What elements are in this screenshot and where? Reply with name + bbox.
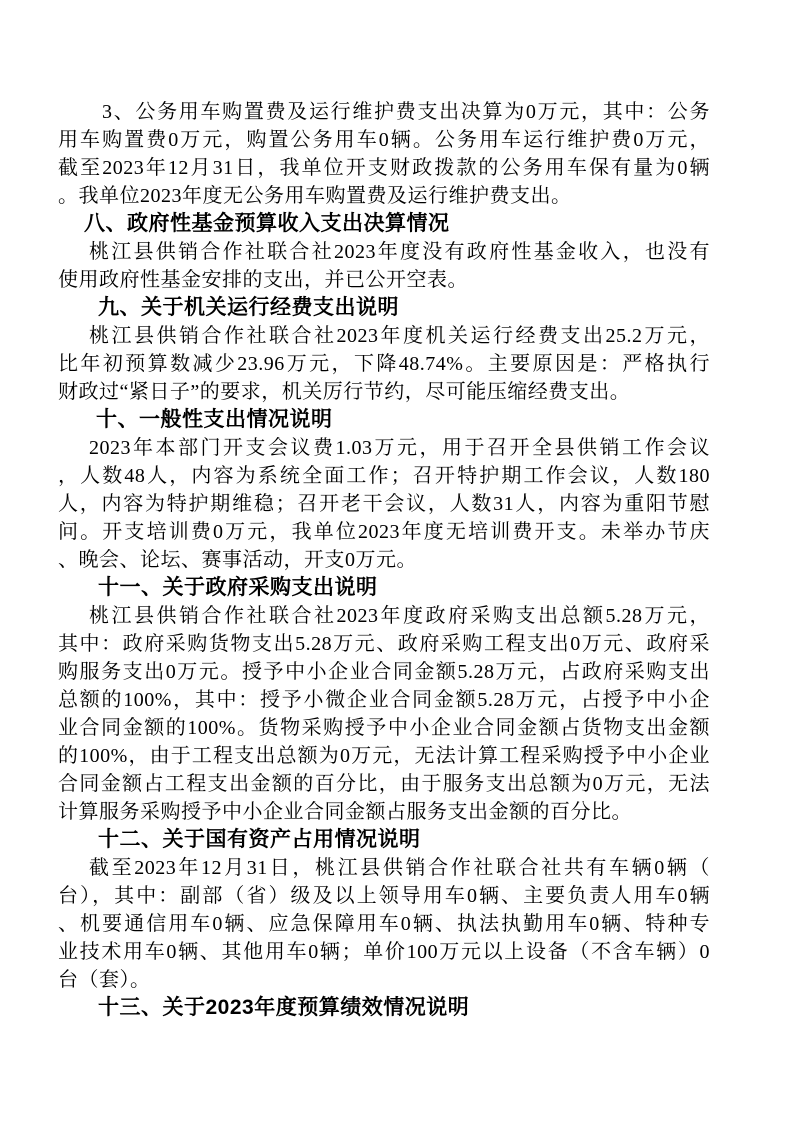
text-line: 购服务支出0万元。授予中小企业合同金额5.28万元，占政府采购支出 [58, 658, 710, 686]
text-line: 业技术用车0辆、其他用车0辆；单价100万元以上设备（不含车辆）0 [58, 938, 710, 966]
text-line: ，人数48人，内容为系统全面工作；召开特护期工作会议，人数180 [58, 462, 710, 490]
text-line: 人，内容为特护期维稳；召开老干会议，人数31人，内容为重阳节慰 [58, 490, 710, 518]
text-line: 财政过“紧日子”的要求，机关厉行节约，尽可能压缩经费支出。 [58, 378, 710, 406]
text-line: 。我单位2023年度无公务用车购置费及运行维护费支出。 [58, 182, 710, 210]
text-line: 问。开支培训费0万元，我单位2023年度无培训费开支。未举办节庆 [58, 518, 710, 546]
section-heading-12: 十二、关于国有资产占用情况说明 [58, 826, 710, 854]
section-heading-10: 十、一般性支出情况说明 [58, 406, 710, 434]
text-line: 、晚会、论坛、赛事活动，开支0万元。 [58, 546, 710, 574]
text-line: 3、公务用车购置费及运行维护费支出决算为0万元，其中：公务 [58, 98, 710, 126]
section-heading-11: 十一、关于政府采购支出说明 [58, 574, 710, 602]
text-line: 总额的100%，其中：授予小微企业合同金额5.28万元，占授予中小企 [58, 686, 710, 714]
text-line: 业合同金额的100%。货物采购授予中小企业合同金额占货物支出金额 [58, 714, 710, 742]
text-line: 桃江县供销合作社联合社2023年度政府采购支出总额5.28万元， [58, 602, 710, 630]
text-line: 合同金额占工程支出金额的百分比，由于服务支出总额为0万元，无法 [58, 770, 710, 798]
text-line: 台），其中：副部（省）级及以上领导用车0辆、主要负责人用车0辆 [58, 882, 710, 910]
text-line: 计算服务采购授予中小企业合同金额占服务支出金额的百分比。 [58, 798, 710, 826]
paragraph-procurement: 桃江县供销合作社联合社2023年度政府采购支出总额5.28万元， 其中：政府采购… [58, 602, 710, 826]
text-line: 、机要通信用车0辆、应急保障用车0辆、执法执勤用车0辆、特种专 [58, 910, 710, 938]
text-line: 台（套）。 [58, 966, 710, 994]
paragraph-general-expense: 2023年本部门开支会议费1.03万元，用于召开全县供销工作会议 ，人数48人，… [58, 434, 710, 574]
paragraph-state-assets: 截至2023年12月31日，桃江县供销合作社联合社共有车辆0辆（ 台），其中：副… [58, 854, 710, 994]
paragraph-operating-expense: 桃江县供销合作社联合社2023年度机关运行经费支出25.2万元， 比年初预算数减… [58, 322, 710, 406]
paragraph-vehicle-expense: 3、公务用车购置费及运行维护费支出决算为0万元，其中：公务 用车购置费0万元，购… [58, 98, 710, 210]
paragraph-government-fund: 桃江县供销合作社联合社2023年度没有政府性基金收入，也没有 使用政府性基金安排… [58, 238, 710, 294]
text-line: 其中：政府采购货物支出5.28万元、政府采购工程支出0万元、政府采 [58, 630, 710, 658]
section-heading-8: 八、政府性基金预算收入支出决算情况 [58, 210, 710, 238]
text-line: 用车购置费0万元，购置公务用车0辆。公务用车运行维护费0万元， [58, 126, 710, 154]
document-body: 3、公务用车购置费及运行维护费支出决算为0万元，其中：公务 用车购置费0万元，购… [58, 98, 710, 1022]
document-page: { "page": { "background": "#ffffff", "te… [0, 0, 793, 1122]
section-heading-13: 十三、关于2023年度预算绩效情况说明 [58, 994, 710, 1022]
text-line: 比年初预算数减少23.96万元，下降48.74%。主要原因是：严格执行 [58, 350, 710, 378]
text-line: 截至2023年12月31日，我单位开支财政拨款的公务用车保有量为0辆 [58, 154, 710, 182]
text-line: 桃江县供销合作社联合社2023年度机关运行经费支出25.2万元， [58, 322, 710, 350]
text-line: 的100%，由于工程支出总额为0万元，无法计算工程采购授予中小企业 [58, 742, 710, 770]
text-line: 2023年本部门开支会议费1.03万元，用于召开全县供销工作会议 [58, 434, 710, 462]
text-line: 使用政府性基金安排的支出，并已公开空表。 [58, 266, 710, 294]
section-heading-9: 九、关于机关运行经费支出说明 [58, 294, 710, 322]
text-line: 截至2023年12月31日，桃江县供销合作社联合社共有车辆0辆（ [58, 854, 710, 882]
text-line: 桃江县供销合作社联合社2023年度没有政府性基金收入，也没有 [58, 238, 710, 266]
